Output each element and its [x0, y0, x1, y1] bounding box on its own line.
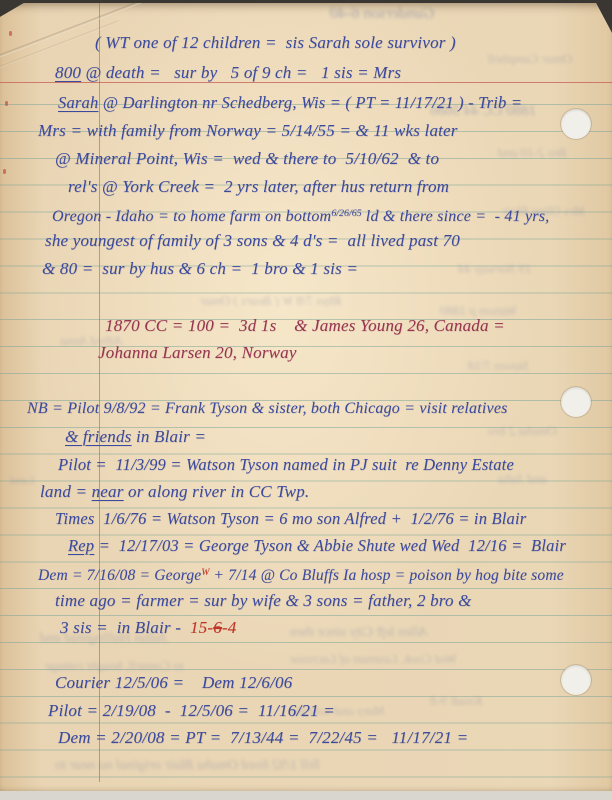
- edge-specks-layer: [0, 3, 612, 791]
- scanned-page: Gunderson 6-401880 CC 44 5686Omar Campbe…: [0, 0, 612, 800]
- paper-sheet: Gunderson 6-401880 CC 44 5686Omar Campbe…: [0, 3, 612, 791]
- ink-speck: [5, 101, 8, 106]
- ink-speck: [9, 31, 12, 36]
- ink-speck: [3, 169, 6, 174]
